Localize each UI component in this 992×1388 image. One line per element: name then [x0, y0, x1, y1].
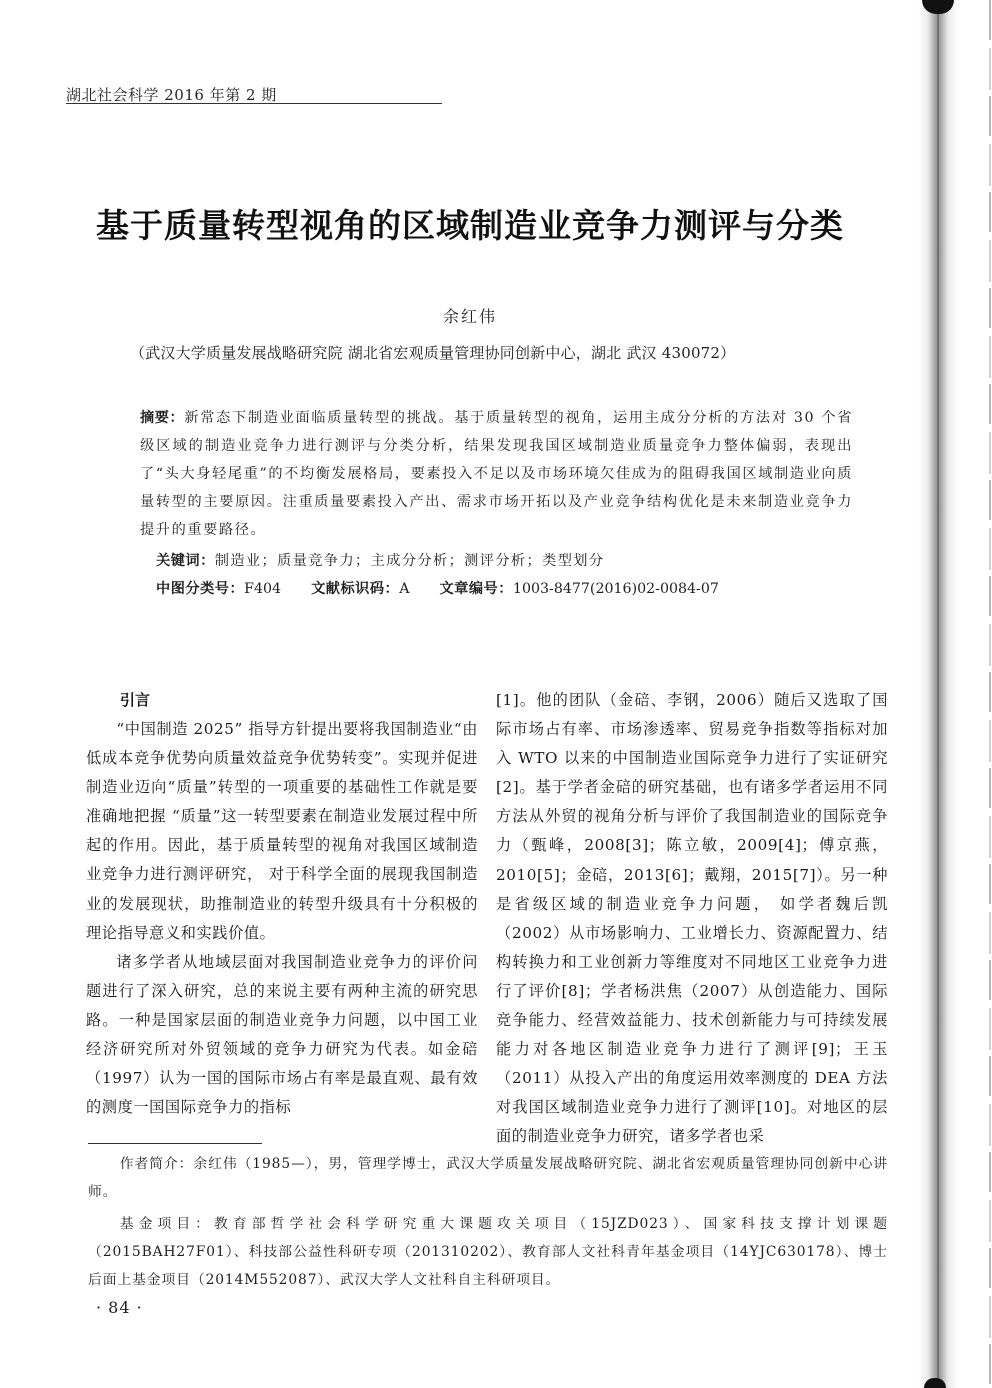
body-column-right: [1]。他的团队（金碚、李钢，2006）随后又选取了国际市场占有率、市场渗透率、… — [496, 686, 888, 1152]
abstract: 摘要：新常态下制造业面临质量转型的挑战。基于质量转型的视角，运用主成分分析的方法… — [140, 404, 853, 544]
keywords-label: 关键词： — [156, 553, 215, 569]
clc-label: 中图分类号： — [156, 581, 244, 597]
abstract-text: 新常态下制造业面临质量转型的挑战。基于质量转型的视角，运用主成分分析的方法对 3… — [140, 410, 853, 538]
body-paragraph: “中国制造 2025” 指导方针提出要将我国制造业“由低成本竞争优势向质量效益竞… — [86, 715, 478, 948]
section-heading-introduction: 引言 — [86, 686, 478, 715]
classification-line: 中图分类号：F404 文献标识码：A 文章编号：1003-8477(2016)0… — [156, 576, 876, 602]
article-no-label: 文章编号： — [439, 581, 512, 597]
header-rule — [66, 103, 442, 104]
body-paragraph: 诸多学者从地域层面对我国制造业竞争力的评价问题进行了深入研究，总的来说主要有两种… — [86, 948, 478, 1123]
author-affiliation: （武汉大学质量发展战略研究院 湖北省宏观质量管理协同创新中心，湖北 武汉 430… — [130, 342, 850, 363]
clc-number: 中图分类号：F404 — [156, 576, 281, 602]
journal-page: 湖北社会科学 2016 年第 2 期 基于质量转型视角的区域制造业竞争力测评与分… — [0, 0, 992, 1388]
doc-code-value: A — [399, 581, 409, 597]
footnote-rule — [88, 1143, 262, 1144]
footnote-author-bio: 作者简介：余红伟（1985—），男，管理学博士，武汉大学质量发展战略研究院、湖北… — [88, 1150, 888, 1206]
page-number: · 84 · — [96, 1298, 143, 1317]
keywords-text: 制造业；质量竞争力；主成分分析；测评分析；类型划分 — [215, 553, 605, 569]
footnote-funding: 基金项目：教育部哲学社会科学研究重大课题攻关项目（15JZD023）、国家科技支… — [88, 1210, 888, 1294]
keywords: 关键词：制造业；质量竞争力；主成分分析；测评分析；类型划分 — [156, 548, 856, 574]
journal-running-header: 湖北社会科学 2016 年第 2 期 — [66, 84, 277, 105]
body-paragraph: [1]。他的团队（金碚、李钢，2006）随后又选取了国际市场占有率、市场渗透率、… — [496, 686, 888, 1152]
article-number: 文章编号：1003-8477(2016)02-0084-07 — [439, 576, 718, 602]
article-no-value: 1003-8477(2016)02-0084-07 — [513, 581, 719, 597]
clc-value: F404 — [244, 581, 281, 597]
article-author: 余红伟 — [0, 304, 940, 327]
document-code: 文献标识码：A — [311, 576, 409, 602]
body-column-left: 引言 “中国制造 2025” 指导方针提出要将我国制造业“由低成本竞争优势向质量… — [86, 686, 478, 1122]
footnotes: 作者简介：余红伟（1985—），男，管理学博士，武汉大学质量发展战略研究院、湖北… — [88, 1150, 888, 1298]
doc-code-label: 文献标识码： — [311, 581, 399, 597]
article-title: 基于质量转型视角的区域制造业竞争力测评与分类 — [0, 200, 940, 247]
page-edge — [989, 0, 991, 1388]
abstract-label: 摘要： — [140, 410, 184, 426]
